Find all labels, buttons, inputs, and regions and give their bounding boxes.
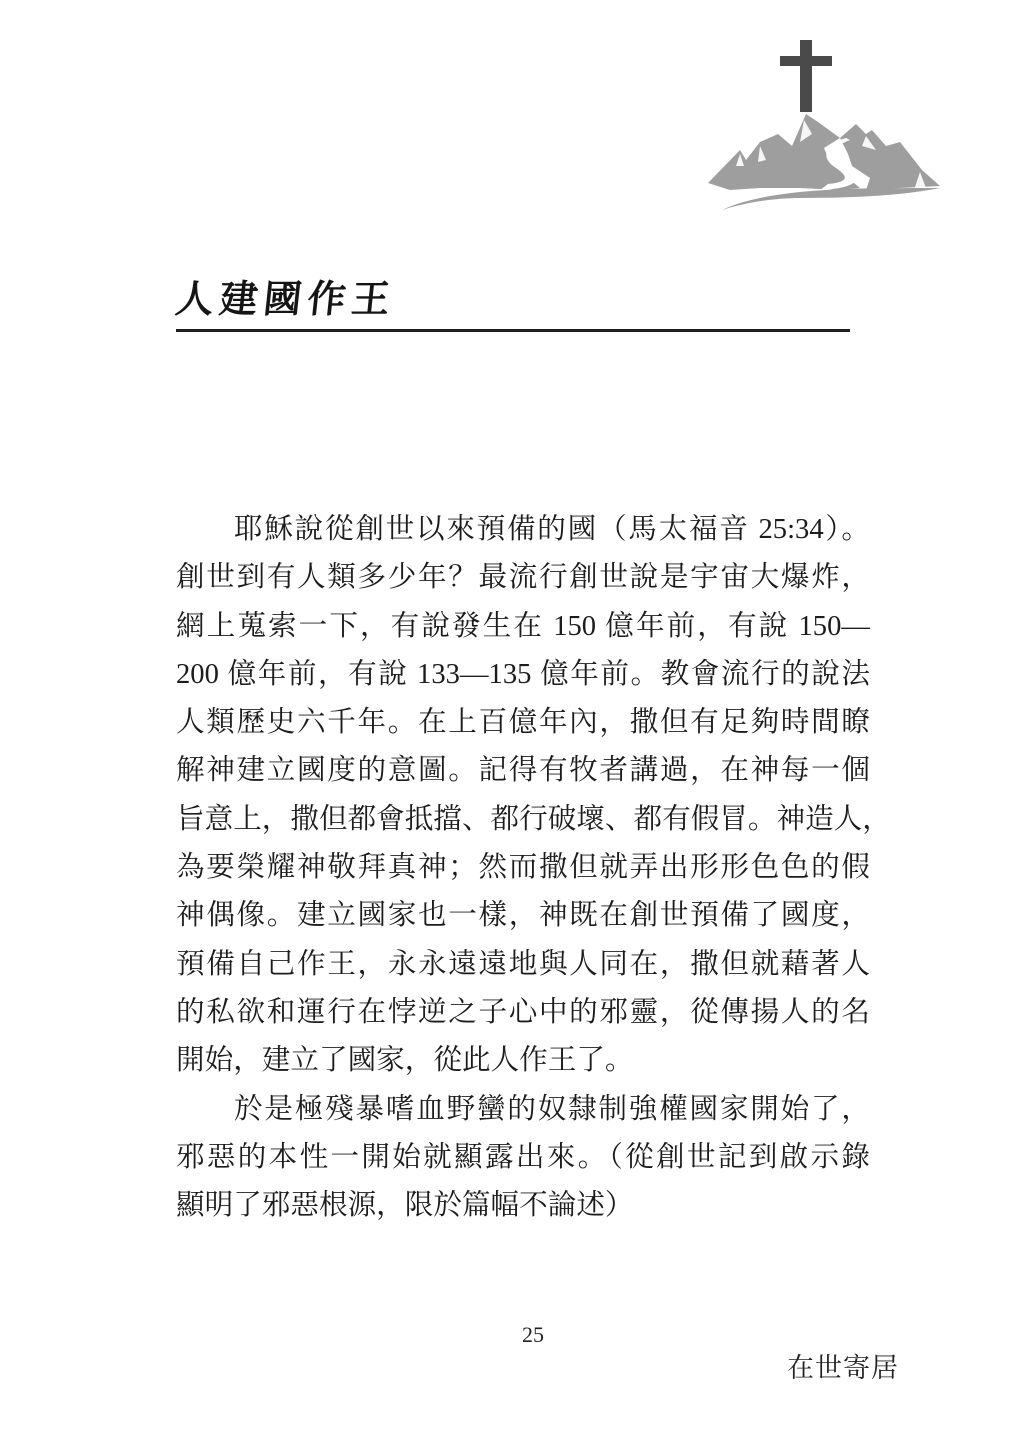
text-line: 於是極殘暴嗜血野蠻的奴隸制強權國家開始了， [176,1086,870,1134]
text-line: 為要榮耀神敬拜真神；然而撒但就弄出形形色色的假 [176,844,870,892]
title-divider [176,329,850,332]
body-text: 耶穌說從創世以來預備的國（馬太福音 25:34）。 創世到有人類多少年？最流行創… [176,506,870,1230]
text-line: 神偶像。建立國家也一樣，神既在創世預備了國度， [176,892,870,940]
text-line: 解神建立國度的意圖。記得有牧者講過，在神每一個 [176,747,870,795]
text-line: 預備自己作王，永永遠遠地與人同在，撒但就藉著人 [176,941,870,989]
book-title-footer: 在世寄居 [787,1346,899,1385]
paragraph-2: 於是極殘暴嗜血野蠻的奴隸制強權國家開始了， 邪惡的本性一開始就顯露出來。（從創世… [176,1086,870,1231]
text-line: 創世到有人類多少年？最流行創世說是宇宙大爆炸， [176,554,870,602]
text-line: 邪惡的本性一開始就顯露出來。（從創世記到啟示錄 [176,1134,870,1182]
text-line: 200 億年前，有說 133—135 億年前。教會流行的說法 [176,651,870,699]
text-line: 網上蒐索一下，有說發生在 150 億年前，有說 150— [176,603,870,651]
paragraph-1: 耶穌說從創世以來預備的國（馬太福音 25:34）。 創世到有人類多少年？最流行創… [176,506,870,1086]
cross-on-mountain-icon [700,38,950,216]
text-line: 開始，建立了國家，從此人作王了。 [176,1037,870,1085]
page-number: 25 [522,1322,544,1348]
text-line: 的私欲和運行在悖逆之子心中的邪靈，從傳揚人的名 [176,989,870,1037]
text-line: 顯明了邪惡根源，限於篇幅不論述） [176,1182,870,1230]
text-line: 耶穌說從創世以來預備的國（馬太福音 25:34）。 [176,506,870,554]
chapter-title: 人建國作王 [173,268,399,323]
text-line: 人類歷史六千年。在上百億年內，撒但有足夠時間瞭 [176,699,870,747]
text-line: 旨意上，撒但都會抵擋、都行破壞、都有假冒。神造人， [176,796,870,844]
